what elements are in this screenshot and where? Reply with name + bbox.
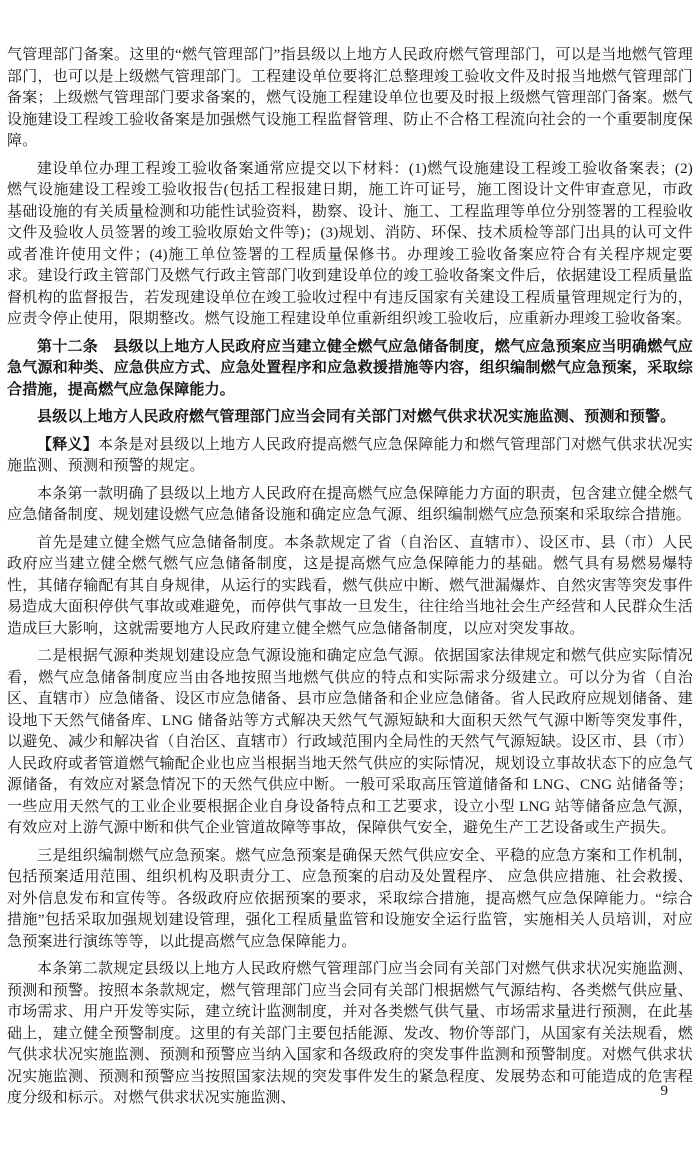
paragraph-text: 本条第一款明确了县级以上地方人民政府在提高燃气应急保障能力方面的职责，包含建立健… — [7, 486, 693, 524]
paragraph: 第十二条 县级以上地方人民政府应当建立健全燃气应急储备制度，燃气应急预案应当明确… — [7, 337, 693, 402]
paragraph-text: 建设单位办理工程竣工验收备案通常应提交以下材料：(1)燃气设施建设工程竣工验收备… — [7, 161, 693, 328]
paragraph: 本条第二款规定县级以上地方人民政府燃气管理部门应当会同有关部门对燃气供求状况实施… — [7, 959, 693, 1110]
paragraph-text: 二是根据气源种类规划建设应急气源设施和确定应急气源。依据国家法律规定和燃气供应实… — [7, 648, 693, 836]
paragraph-text: 本条是对县级以上地方人民政府提高燃气应急保障能力和燃气管理部门对燃气供求状况实施… — [7, 437, 693, 475]
paragraph: 首先是建立健全燃气应急储备制度。本条款规定了省（自治区、直辖市）、设区市、县（市… — [7, 533, 693, 641]
paragraph: 三是组织编制燃气应急预案。燃气应急预案是确保天然气供应安全、平稳的应急方案和工作… — [7, 846, 693, 954]
paragraph-text: 三是组织编制燃气应急预案。燃气应急预案是确保天然气供应安全、平稳的应急方案和工作… — [7, 848, 693, 950]
paragraph-text: 县级以上地方人民政府燃气管理部门应当会同有关部门对燃气供求状况实施监测、预测和预… — [37, 409, 675, 425]
page-number: 9 — [661, 1082, 669, 1100]
document-page: 气管理部门备案。这里的“燃气管理部门”指县级以上地方人民政府燃气管理部门，可以是… — [0, 0, 700, 1160]
paragraph-text: 首先是建立健全燃气应急储备制度。本条款规定了省（自治区、直辖市）、设区市、县（市… — [7, 535, 693, 637]
paragraph: 本条第一款明确了县级以上地方人民政府在提高燃气应急保障能力方面的职责，包含建立健… — [7, 484, 693, 527]
paragraph-text: 气管理部门备案。这里的“燃气管理部门”指县级以上地方人民政府燃气管理部门，可以是… — [7, 47, 693, 149]
paragraph-text: 本条第二款规定县级以上地方人民政府燃气管理部门应当会同有关部门对燃气供求状况实施… — [7, 961, 693, 1106]
paragraph: 气管理部门备案。这里的“燃气管理部门”指县级以上地方人民政府燃气管理部门，可以是… — [7, 45, 693, 153]
paragraph: 建设单位办理工程竣工验收备案通常应提交以下材料：(1)燃气设施建设工程竣工验收备… — [7, 159, 693, 331]
paragraph-prefix: 【释义】 — [37, 437, 98, 453]
paragraph-text: 第十二条 县级以上地方人民政府应当建立健全燃气应急储备制度，燃气应急预案应当明确… — [7, 339, 693, 398]
paragraph: 【释义】本条是对县级以上地方人民政府提高燃气应急保障能力和燃气管理部门对燃气供求… — [7, 435, 693, 478]
paragraph: 二是根据气源种类规划建设应急气源设施和确定应急气源。依据国家法律规定和燃气供应实… — [7, 646, 693, 840]
document-body: 气管理部门备案。这里的“燃气管理部门”指县级以上地方人民政府燃气管理部门，可以是… — [0, 0, 700, 1110]
paragraph: 县级以上地方人民政府燃气管理部门应当会同有关部门对燃气供求状况实施监测、预测和预… — [7, 407, 693, 429]
